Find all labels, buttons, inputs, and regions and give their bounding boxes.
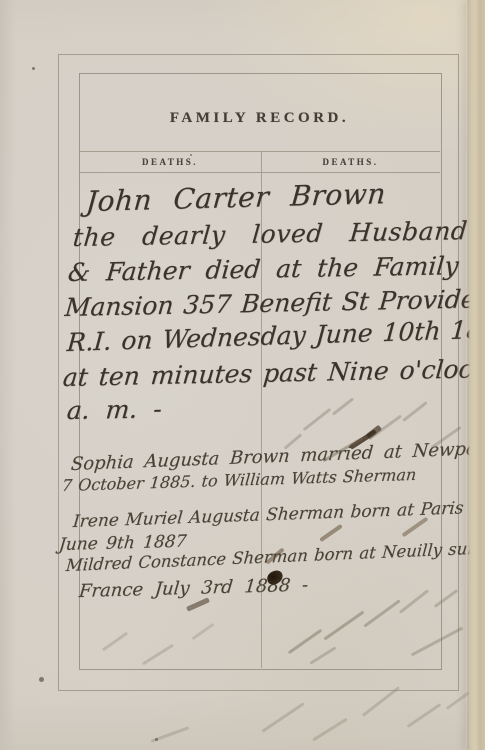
ink-speck xyxy=(32,67,35,70)
scanned-book-page: FAMILY RECORD. DEATHS. DEATHS. John Cart… xyxy=(0,0,485,750)
ink-speck xyxy=(39,677,44,682)
column-header-deaths-left: DEATHS. xyxy=(79,152,261,172)
page-edge-shadow xyxy=(466,0,485,750)
ghost-writing xyxy=(312,718,348,742)
column-header-deaths-right: DEATHS. xyxy=(261,152,440,172)
table-header-row: DEATHS. DEATHS. xyxy=(79,151,440,173)
ghost-writing xyxy=(407,703,442,728)
ink-speck xyxy=(190,154,192,156)
ink-speck xyxy=(155,738,158,741)
ghost-writing xyxy=(261,702,304,732)
death-entry-line-7: a. m. - xyxy=(66,394,163,425)
page-title: FAMILY RECORD. xyxy=(79,110,440,127)
